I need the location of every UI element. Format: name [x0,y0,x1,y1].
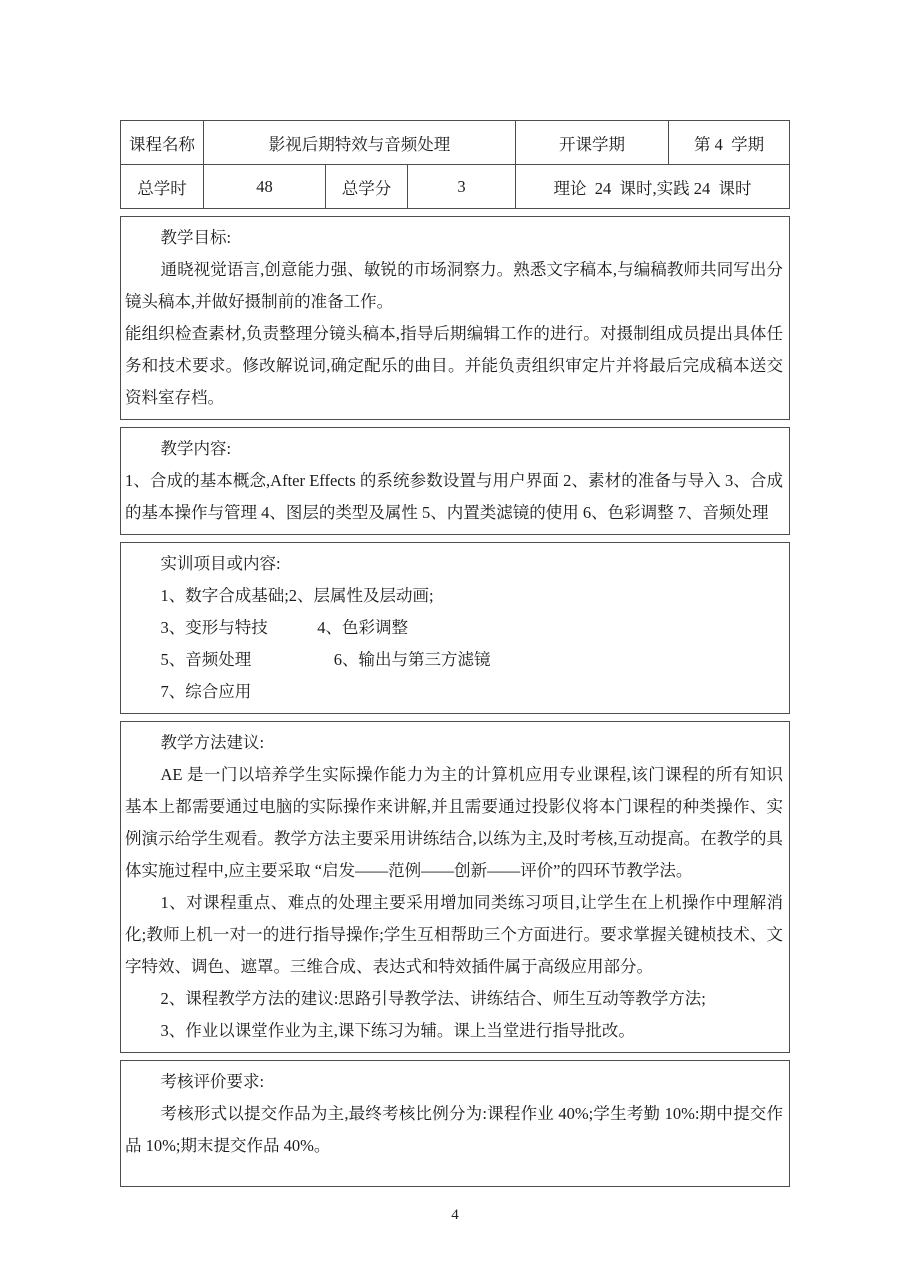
section-teaching-goals: 教学目标: 通晓视觉语言,创意能力强、敏锐的市场洞察力。熟悉文字稿本,与编稿教师… [120,216,790,420]
section-assessment: 考核评价要求: 考核形式以提交作品为主,最终考核比例分为:课程作业 40%;学生… [120,1060,790,1187]
info-row-hours: 总学时 48 总学分 3 理论 24 课时,实践 24 课时 [121,164,789,208]
paragraph: 通晓视觉语言,创意能力强、敏锐的市场洞察力。熟悉文字稿本,与编稿教师共同写出分镜… [125,254,783,318]
paragraph: 2、课程教学方法的建议:思路引导教学法、讲练结合、师生互动等教学方法; [125,983,783,1015]
section-title: 教学目标: [125,222,783,254]
total-hours-label: 总学时 [121,165,204,208]
paragraph: 考核形式以提交作品为主,最终考核比例分为:课程作业 40%;学生考勤 10%:期… [125,1098,783,1162]
term-label: 开课学期 [516,121,669,164]
document-sheet: 课程名称 影视后期特效与音频处理 开课学期 第 4 学期 总学时 48 总学分 … [120,120,790,1224]
info-row-course: 课程名称 影视后期特效与音频处理 开课学期 第 4 学期 [121,121,789,164]
paragraph: 能组织检查素材,负责整理分镜头稿本,指导后期编辑工作的进行。对摄制组成员提出具体… [125,318,783,414]
course-name-value: 影视后期特效与音频处理 [204,121,516,164]
hours-detail: 理论 24 课时,实践 24 课时 [516,165,789,208]
course-info-table: 课程名称 影视后期特效与音频处理 开课学期 第 4 学期 总学时 48 总学分 … [120,120,790,209]
paragraph: 1、合成的基本概念,After Effects 的系统参数设置与用户界面 2、素… [125,465,783,529]
list-item: 3、变形与特技 4、色彩调整 [125,612,783,644]
section-title: 实训项目或内容: [125,548,783,580]
total-credits-label: 总学分 [326,165,408,208]
paragraph: 3、作业以课堂作业为主,课下练习为辅。课上当堂进行指导批改。 [125,1015,783,1047]
paragraph: 1、对课程重点、难点的处理主要采用增加同类练习项目,让学生在上机操作中理解消化;… [125,887,783,983]
list-item: 5、音频处理 6、输出与第三方滤镜 [125,644,783,676]
page-number: 4 [120,1207,790,1224]
total-hours-value: 48 [204,165,326,208]
section-title: 教学方法建议: [125,727,783,759]
section-teaching-methods: 教学方法建议: AE 是一门以培养学生实际操作能力为主的计算机应用专业课程,该门… [120,721,790,1053]
term-value: 第 4 学期 [669,121,789,164]
section-title: 考核评价要求: [125,1066,783,1098]
course-name-label: 课程名称 [121,121,204,164]
section-practice-items: 实训项目或内容: 1、数字合成基础;2、层属性及层动画; 3、变形与特技 4、色… [120,542,790,714]
list-item: 7、综合应用 [125,676,783,708]
total-credits-value: 3 [408,165,516,208]
list-item: 1、数字合成基础;2、层属性及层动画; [125,580,783,612]
section-teaching-content: 教学内容: 1、合成的基本概念,After Effects 的系统参数设置与用户… [120,427,790,535]
paragraph: AE 是一门以培养学生实际操作能力为主的计算机应用专业课程,该门课程的所有知识基… [125,759,783,887]
section-title: 教学内容: [125,433,783,465]
